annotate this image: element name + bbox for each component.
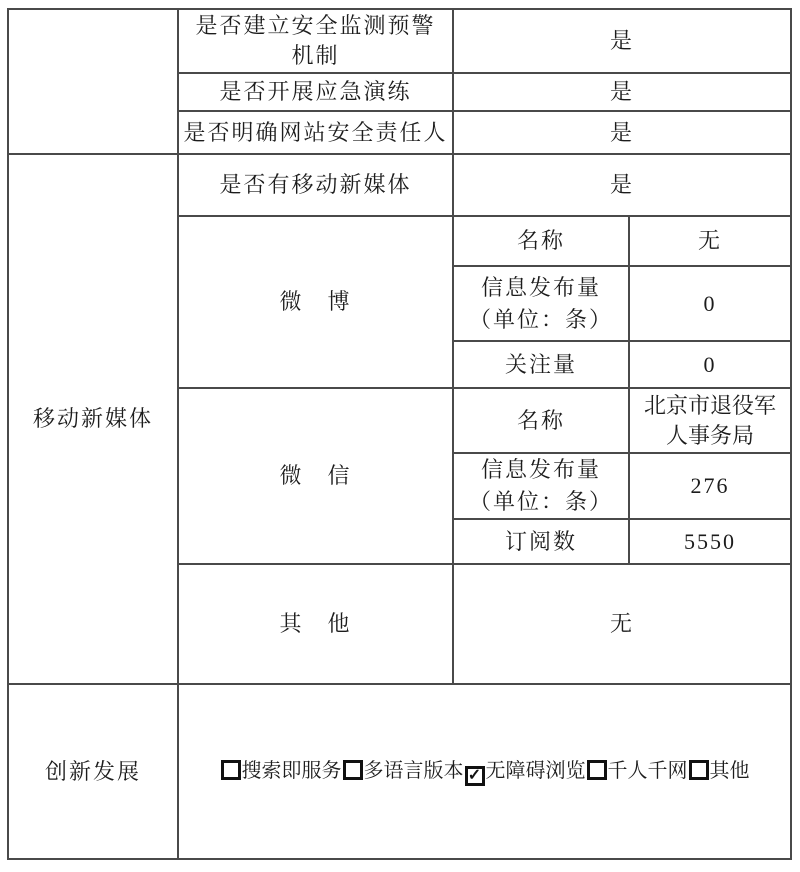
checkbox-option-multilingual: 多语言版本 bbox=[342, 760, 464, 782]
wechat-subscribers-value: 5550 bbox=[629, 519, 791, 564]
table-row: 创新发展 搜索即服务多语言版本✓无障碍浏览千人千网其他 bbox=[8, 684, 791, 859]
checkbox-option-personalized: 千人千网 bbox=[586, 760, 688, 782]
answer-has-mobile-media: 是 bbox=[453, 154, 791, 216]
section-label-mobile-media: 移动新媒体 bbox=[8, 154, 178, 684]
wechat-subscribers-label: 订阅数 bbox=[453, 519, 629, 564]
checkbox-unchecked-icon[interactable] bbox=[587, 760, 607, 780]
wechat-name-value: 北京市退役军人事务局 bbox=[629, 388, 791, 453]
checkbox-label: 无障碍浏览 bbox=[486, 760, 586, 782]
other-media-value: 无 bbox=[453, 564, 791, 684]
weibo-name-value: 无 bbox=[629, 216, 791, 266]
weibo-name-label: 名称 bbox=[453, 216, 629, 266]
weibo-posts-label: 信息发布量（单位：条） bbox=[453, 266, 629, 341]
other-media-label: 其 他 bbox=[178, 564, 453, 684]
checkbox-option-other: 其他 bbox=[688, 760, 750, 782]
checkbox-option-accessibility: ✓无障碍浏览 bbox=[464, 760, 586, 782]
answer-security-monitoring: 是 bbox=[453, 9, 791, 73]
section-label-innovation: 创新发展 bbox=[8, 684, 178, 859]
wechat-posts-value: 276 bbox=[629, 453, 791, 519]
checkbox-label: 千人千网 bbox=[608, 760, 688, 782]
table-row: 移动新媒体 是否有移动新媒体 是 bbox=[8, 154, 791, 216]
checkbox-unchecked-icon[interactable] bbox=[689, 760, 709, 780]
checkbox-label: 其他 bbox=[710, 760, 750, 782]
checkbox-checked-icon[interactable]: ✓ bbox=[465, 766, 485, 786]
wechat-posts-label-line1: 信息发布量 bbox=[454, 454, 628, 486]
weibo-followers-label: 关注量 bbox=[453, 341, 629, 388]
weibo-followers-value: 0 bbox=[629, 341, 791, 388]
checkbox-option-search-service: 搜索即服务 bbox=[220, 760, 342, 782]
answer-security-officer: 是 bbox=[453, 111, 791, 154]
weibo-label-cell: 微 博 bbox=[178, 216, 453, 388]
question-security-monitoring: 是否建立安全监测预警机制 bbox=[178, 9, 453, 73]
checkbox-label: 多语言版本 bbox=[364, 760, 464, 782]
question-has-mobile-media: 是否有移动新媒体 bbox=[178, 154, 453, 216]
annual-report-table: 是否建立安全监测预警机制 是 是否开展应急演练 是 是否明确网站安全责任人 是 … bbox=[7, 8, 792, 860]
wechat-posts-label: 信息发布量（单位：条） bbox=[453, 453, 629, 519]
answer-emergency-drill: 是 bbox=[453, 73, 791, 111]
wechat-label-cell: 微 信 bbox=[178, 388, 453, 564]
question-emergency-drill: 是否开展应急演练 bbox=[178, 73, 453, 111]
section-cell-empty bbox=[8, 9, 178, 154]
question-security-officer: 是否明确网站安全责任人 bbox=[178, 111, 453, 154]
table-row: 是否建立安全监测预警机制 是 bbox=[8, 9, 791, 73]
weibo-posts-label-line2: （单位：条） bbox=[454, 304, 628, 336]
wechat-name-label: 名称 bbox=[453, 388, 629, 453]
weibo-posts-value: 0 bbox=[629, 266, 791, 341]
innovation-options-cell: 搜索即服务多语言版本✓无障碍浏览千人千网其他 bbox=[178, 684, 791, 859]
checkbox-unchecked-icon[interactable] bbox=[343, 760, 363, 780]
checkbox-label: 搜索即服务 bbox=[242, 760, 342, 782]
weibo-posts-label-line1: 信息发布量 bbox=[454, 272, 628, 304]
checkbox-unchecked-icon[interactable] bbox=[221, 760, 241, 780]
wechat-posts-label-line2: （单位：条） bbox=[454, 486, 628, 518]
